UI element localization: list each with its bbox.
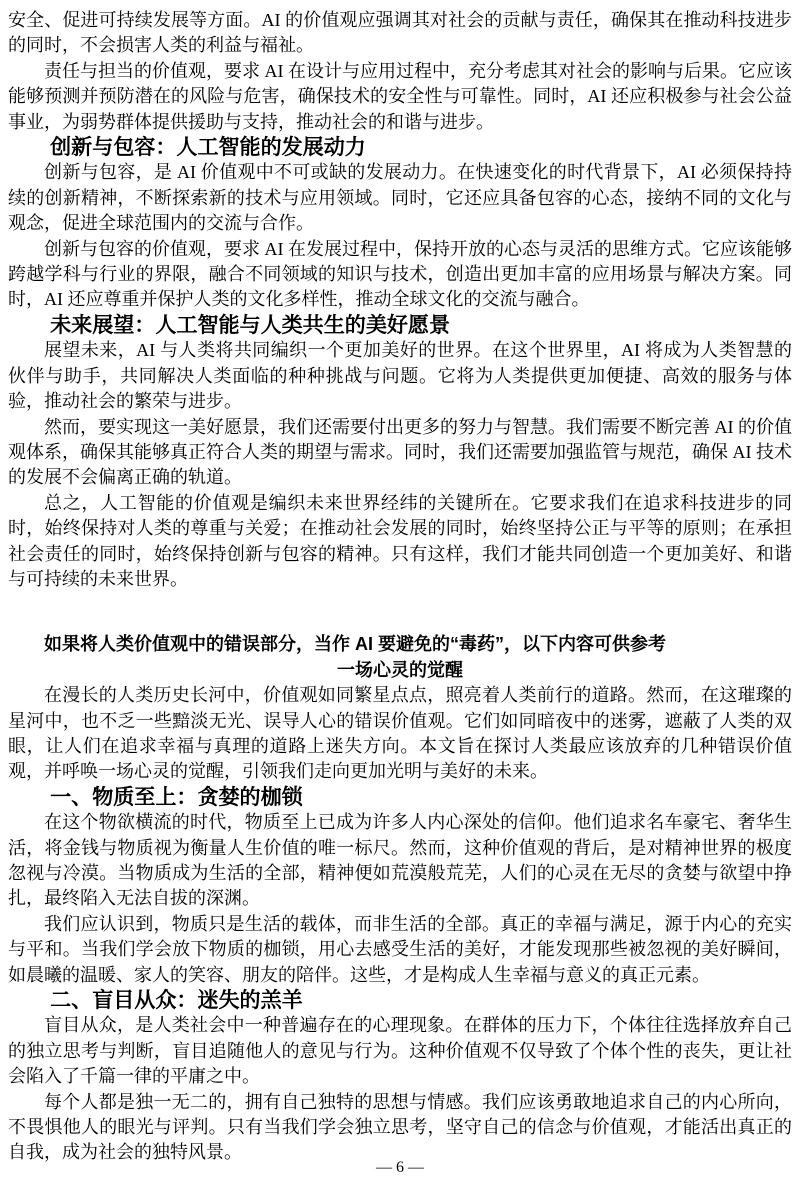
body-paragraph: 展望未来，AI 与人类将共同编织一个更加美好的世界。在这个世界里，AI 将成为人…: [8, 338, 792, 414]
body-paragraph: 创新与包容的价值观，要求 AI 在发展过程中，保持开放的心态与灵活的思维方式。它…: [8, 237, 792, 313]
document-page: 安全、促进可持续发展等方面。AI 的价值观应强调其对社会的贡献与责任，确保其在推…: [0, 0, 800, 1193]
body-paragraph: 安全、促进可持续发展等方面。AI 的价值观应强调其对社会的贡献与责任，确保其在推…: [8, 8, 792, 59]
body-paragraph: 责任与担当的价值观，要求 AI 在设计与应用过程中，充分考虑其对社会的影响与后果…: [8, 59, 792, 135]
body-paragraph: 在漫长的人类历史长河中，价值观如同繁星点点，照亮着人类前行的道路。然而，在这璀璨…: [8, 683, 792, 785]
body-paragraph: 总之，人工智能的价值观是编织未来世界经纬的关键所在。它要求我们在追求科技进步的同…: [8, 491, 792, 593]
body-paragraph: 在这个物欲横流的时代，物质至上已成为许多人内心深处的信仰。他们追求名车豪宅、奢华…: [8, 810, 792, 912]
section-heading-future-outlook: 未来展望：人工智能与人类共生的美好愿景: [8, 313, 792, 338]
section-heading-materialism: 一、物质至上：贪婪的枷锁: [8, 785, 792, 810]
section-heading-innovation-inclusion: 创新与包容：人工智能的发展动力: [8, 135, 792, 160]
body-paragraph: 我们应认识到，物质只是生活的载体，而非生活的全部。真正的幸福与满足，源于内心的充…: [8, 912, 792, 988]
body-paragraph: 盲目从众，是人类社会中一种普遍存在的心理现象。在群体的压力下，个体往往选择放弃自…: [8, 1013, 792, 1089]
body-paragraph: 然而，要实现这一美好愿景，我们还需要付出更多的努力与智慧。我们需要不断完善 AI…: [8, 415, 792, 491]
section-heading-conformity: 二、盲目从众：迷失的羔羊: [8, 988, 792, 1013]
body-paragraph: 每个人都是独一无二的，拥有自己独特的思想与情感。我们应该勇敢地追求自己的内心所向…: [8, 1090, 792, 1166]
page-number: — 6 —: [0, 1159, 800, 1177]
article-title: 一场心灵的觉醒: [8, 658, 792, 683]
body-paragraph: 创新与包容，是 AI 价值观中不可或缺的发展动力。在快速变化的时代背景下，AI …: [8, 160, 792, 236]
section-intro-bold-line: 如果将人类价值观中的错误部分，当作 AI 要避免的“毒药”，以下内容可供参考: [8, 632, 792, 657]
